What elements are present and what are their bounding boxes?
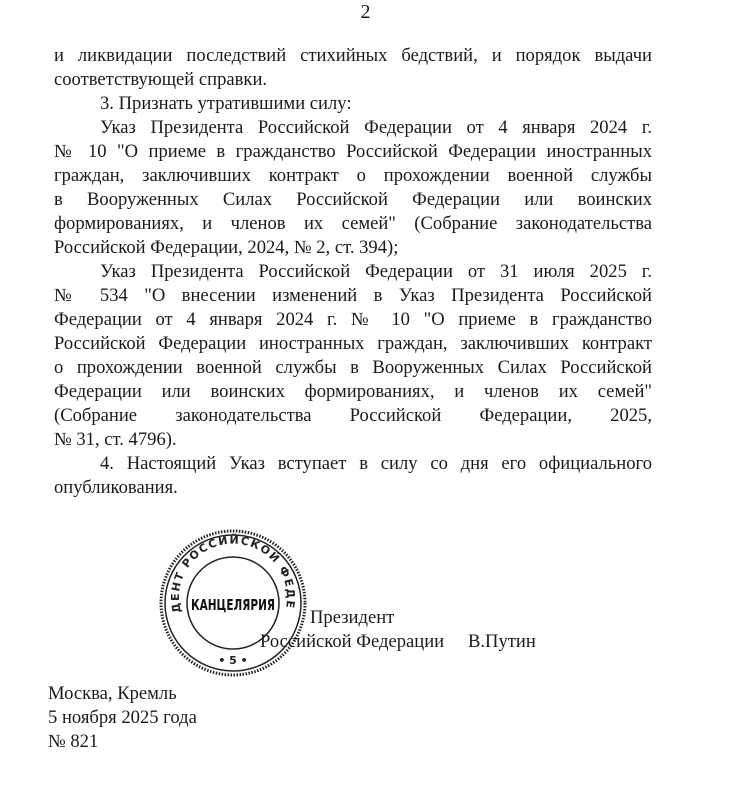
page-number: 2 bbox=[0, 0, 731, 24]
official-seal-stamp: ПРЕЗИДЕНТ РОССИЙСКОЙ ФЕДЕРАЦИИ КАНЦЕЛЯРИ… bbox=[158, 528, 308, 678]
text-line: граждан, заключивших контракт о прохожде… bbox=[54, 164, 652, 188]
text-line: Указ Президента Российской Федерации от … bbox=[54, 260, 652, 284]
text-line: Российской Федерации иностранных граждан… bbox=[54, 332, 652, 356]
seal-number: • 5 • bbox=[218, 654, 247, 667]
text-line: формированиях, и членов их семей" (Собра… bbox=[54, 212, 652, 236]
decree-number: № 821 bbox=[48, 730, 197, 754]
signatory-title-line2: Российской Федерации bbox=[260, 630, 444, 654]
text-line: опубликования. bbox=[54, 476, 652, 500]
text-line: о прохождении военной службы в Вооруженн… bbox=[54, 356, 652, 380]
text-line: в Вооруженных Силах Российской Федерации… bbox=[54, 188, 652, 212]
text-line: № 31, ст. 4796). bbox=[54, 428, 652, 452]
issue-place: Москва, Кремль bbox=[48, 682, 197, 706]
text-line: № 534 "О внесении изменений в Указ Прези… bbox=[54, 284, 652, 308]
issue-date: 5 ноября 2025 года bbox=[48, 706, 197, 730]
text-line: Федерации от 4 января 2024 г. № 10 "О пр… bbox=[54, 308, 652, 332]
document-footer: Москва, Кремль 5 ноября 2025 года № 821 bbox=[48, 682, 197, 754]
text-line: Указ Президента Российской Федерации от … bbox=[54, 116, 652, 140]
text-line: соответствующей справки. bbox=[54, 68, 652, 92]
text-line: (Собрание законодательства Российской Фе… bbox=[54, 404, 652, 428]
signatory-title-line1: Президент bbox=[310, 606, 394, 630]
signatory-name: В.Путин bbox=[468, 630, 536, 654]
seal-center-text: КАНЦЕЛЯРИЯ bbox=[191, 596, 275, 614]
clause-4-text: 4. Настоящий Указ вступает в силу со дня… bbox=[54, 452, 652, 476]
text-line: № 10 "О приеме в гражданство Российской … bbox=[54, 140, 652, 164]
text-line: и ликвидации последствий стихийных бедст… bbox=[54, 44, 652, 68]
text-line: Федерации или воинских формированиях, и … bbox=[54, 380, 652, 404]
document-body: и ликвидации последствий стихийных бедст… bbox=[54, 44, 652, 500]
text-line: Российской Федерации, 2024, № 2, ст. 394… bbox=[54, 236, 652, 260]
clause-3-heading: 3. Признать утратившими силу: bbox=[54, 92, 652, 116]
